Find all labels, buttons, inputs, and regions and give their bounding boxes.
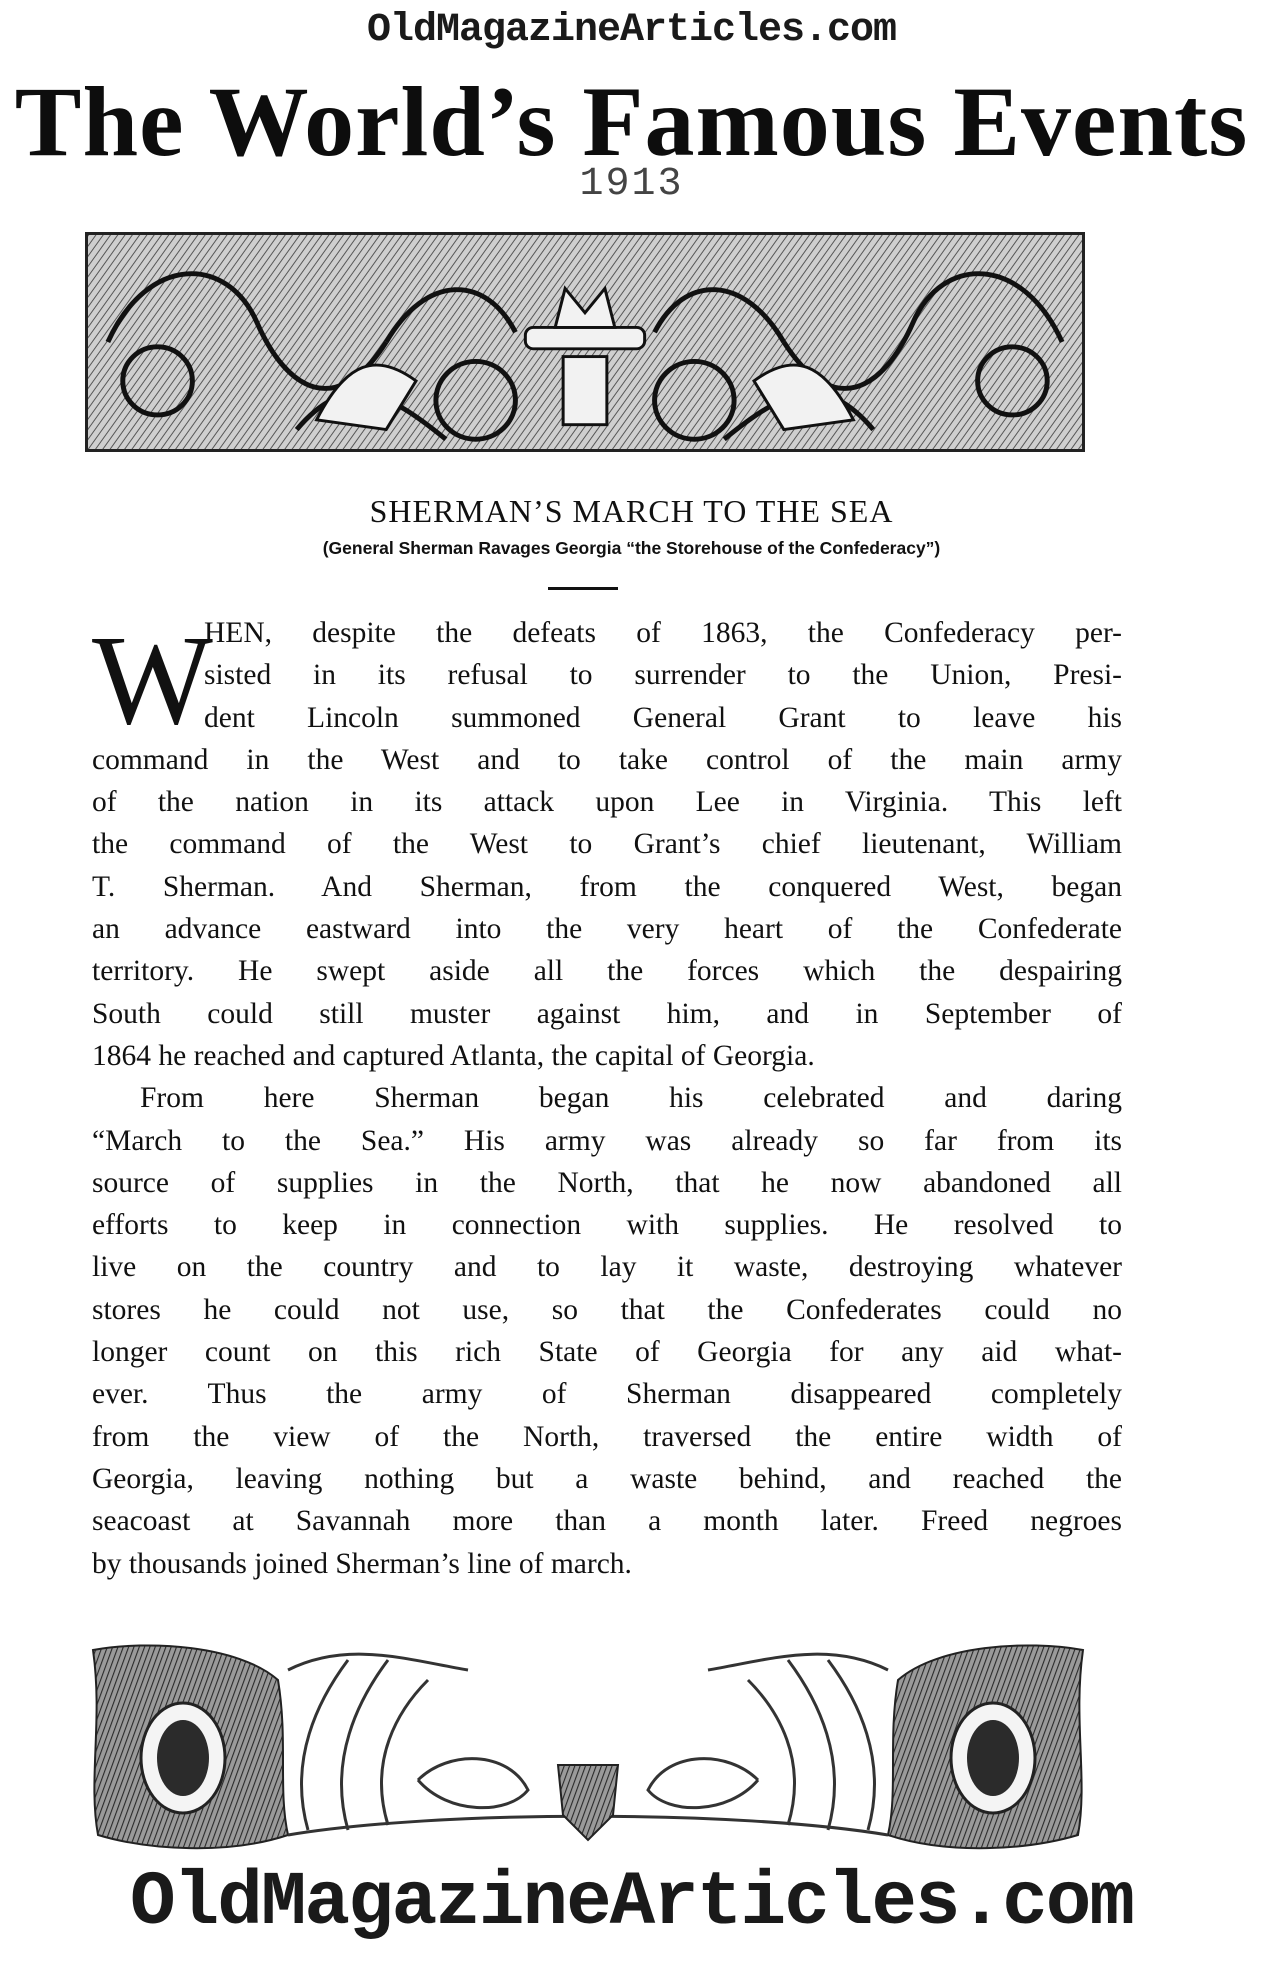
magazine-page: OldMagazineArticles.com The World’s Famo…	[0, 0, 1263, 1963]
body-line: of the nation in its attack upon Lee in …	[92, 781, 1122, 823]
drop-cap: W	[92, 616, 213, 744]
body-line: source of supplies in the North, that he…	[92, 1162, 1122, 1204]
ornamental-banner-illustration	[85, 232, 1085, 452]
article-title: SHERMAN’S MARCH TO THE SEA	[0, 493, 1263, 530]
body-line: HEN, despite the defeats of 1863, the Co…	[92, 612, 1122, 654]
body-line: efforts to keep in connection with suppl…	[92, 1204, 1122, 1246]
body-line: Georgia, leaving nothing but a waste beh…	[92, 1458, 1122, 1500]
body-line: dent Lincoln summoned General Grant to l…	[92, 697, 1122, 739]
body-line: command in the West and to take control …	[92, 739, 1122, 781]
ornamental-tailpiece-illustration	[88, 1640, 1088, 1855]
body-line: stores he could not use, so that the Con…	[92, 1289, 1122, 1331]
title-divider	[548, 587, 618, 590]
site-watermark-footer: OldMagazineArticles.com	[0, 1860, 1263, 1946]
body-line: an advance eastward into the very heart …	[92, 908, 1122, 950]
body-line: by thousands joined Sherman’s line of ma…	[92, 1543, 1122, 1585]
body-line: territory. He swept aside all the forces…	[92, 950, 1122, 992]
publication-year: 1913	[0, 162, 1263, 207]
body-line: live on the country and to lay it waste,…	[92, 1246, 1122, 1288]
site-watermark-header: OldMagazineArticles.com	[0, 8, 1263, 53]
body-line: “March to the Sea.” His army was already…	[92, 1120, 1122, 1162]
body-line: sisted in its refusal to surrender to th…	[92, 654, 1122, 696]
body-line: ever. Thus the army of Sherman disappear…	[92, 1373, 1122, 1415]
peacock-feather-ornament-icon	[88, 1640, 1088, 1855]
article-subtitle: (General Sherman Ravages Georgia “the St…	[0, 538, 1263, 559]
body-line: From here Sherman began his celebrated a…	[92, 1077, 1122, 1119]
body-line: 1864 he reached and captured Atlanta, th…	[92, 1035, 1122, 1077]
engraved-ornament-icon	[88, 235, 1082, 449]
body-line: the command of the West to Grant’s chief…	[92, 823, 1122, 865]
body-line: South could still muster against him, an…	[92, 993, 1122, 1035]
body-line: longer count on this rich State of Georg…	[92, 1331, 1122, 1373]
body-line: T. Sherman. And Sherman, from the conque…	[92, 866, 1122, 908]
body-line: seacoast at Savannah more than a month l…	[92, 1500, 1122, 1542]
body-line: from the view of the North, traversed th…	[92, 1416, 1122, 1458]
masthead-title: The World’s Famous Events	[0, 72, 1263, 172]
article-body: W HEN, despite the defeats of 1863, the …	[92, 612, 1122, 1585]
